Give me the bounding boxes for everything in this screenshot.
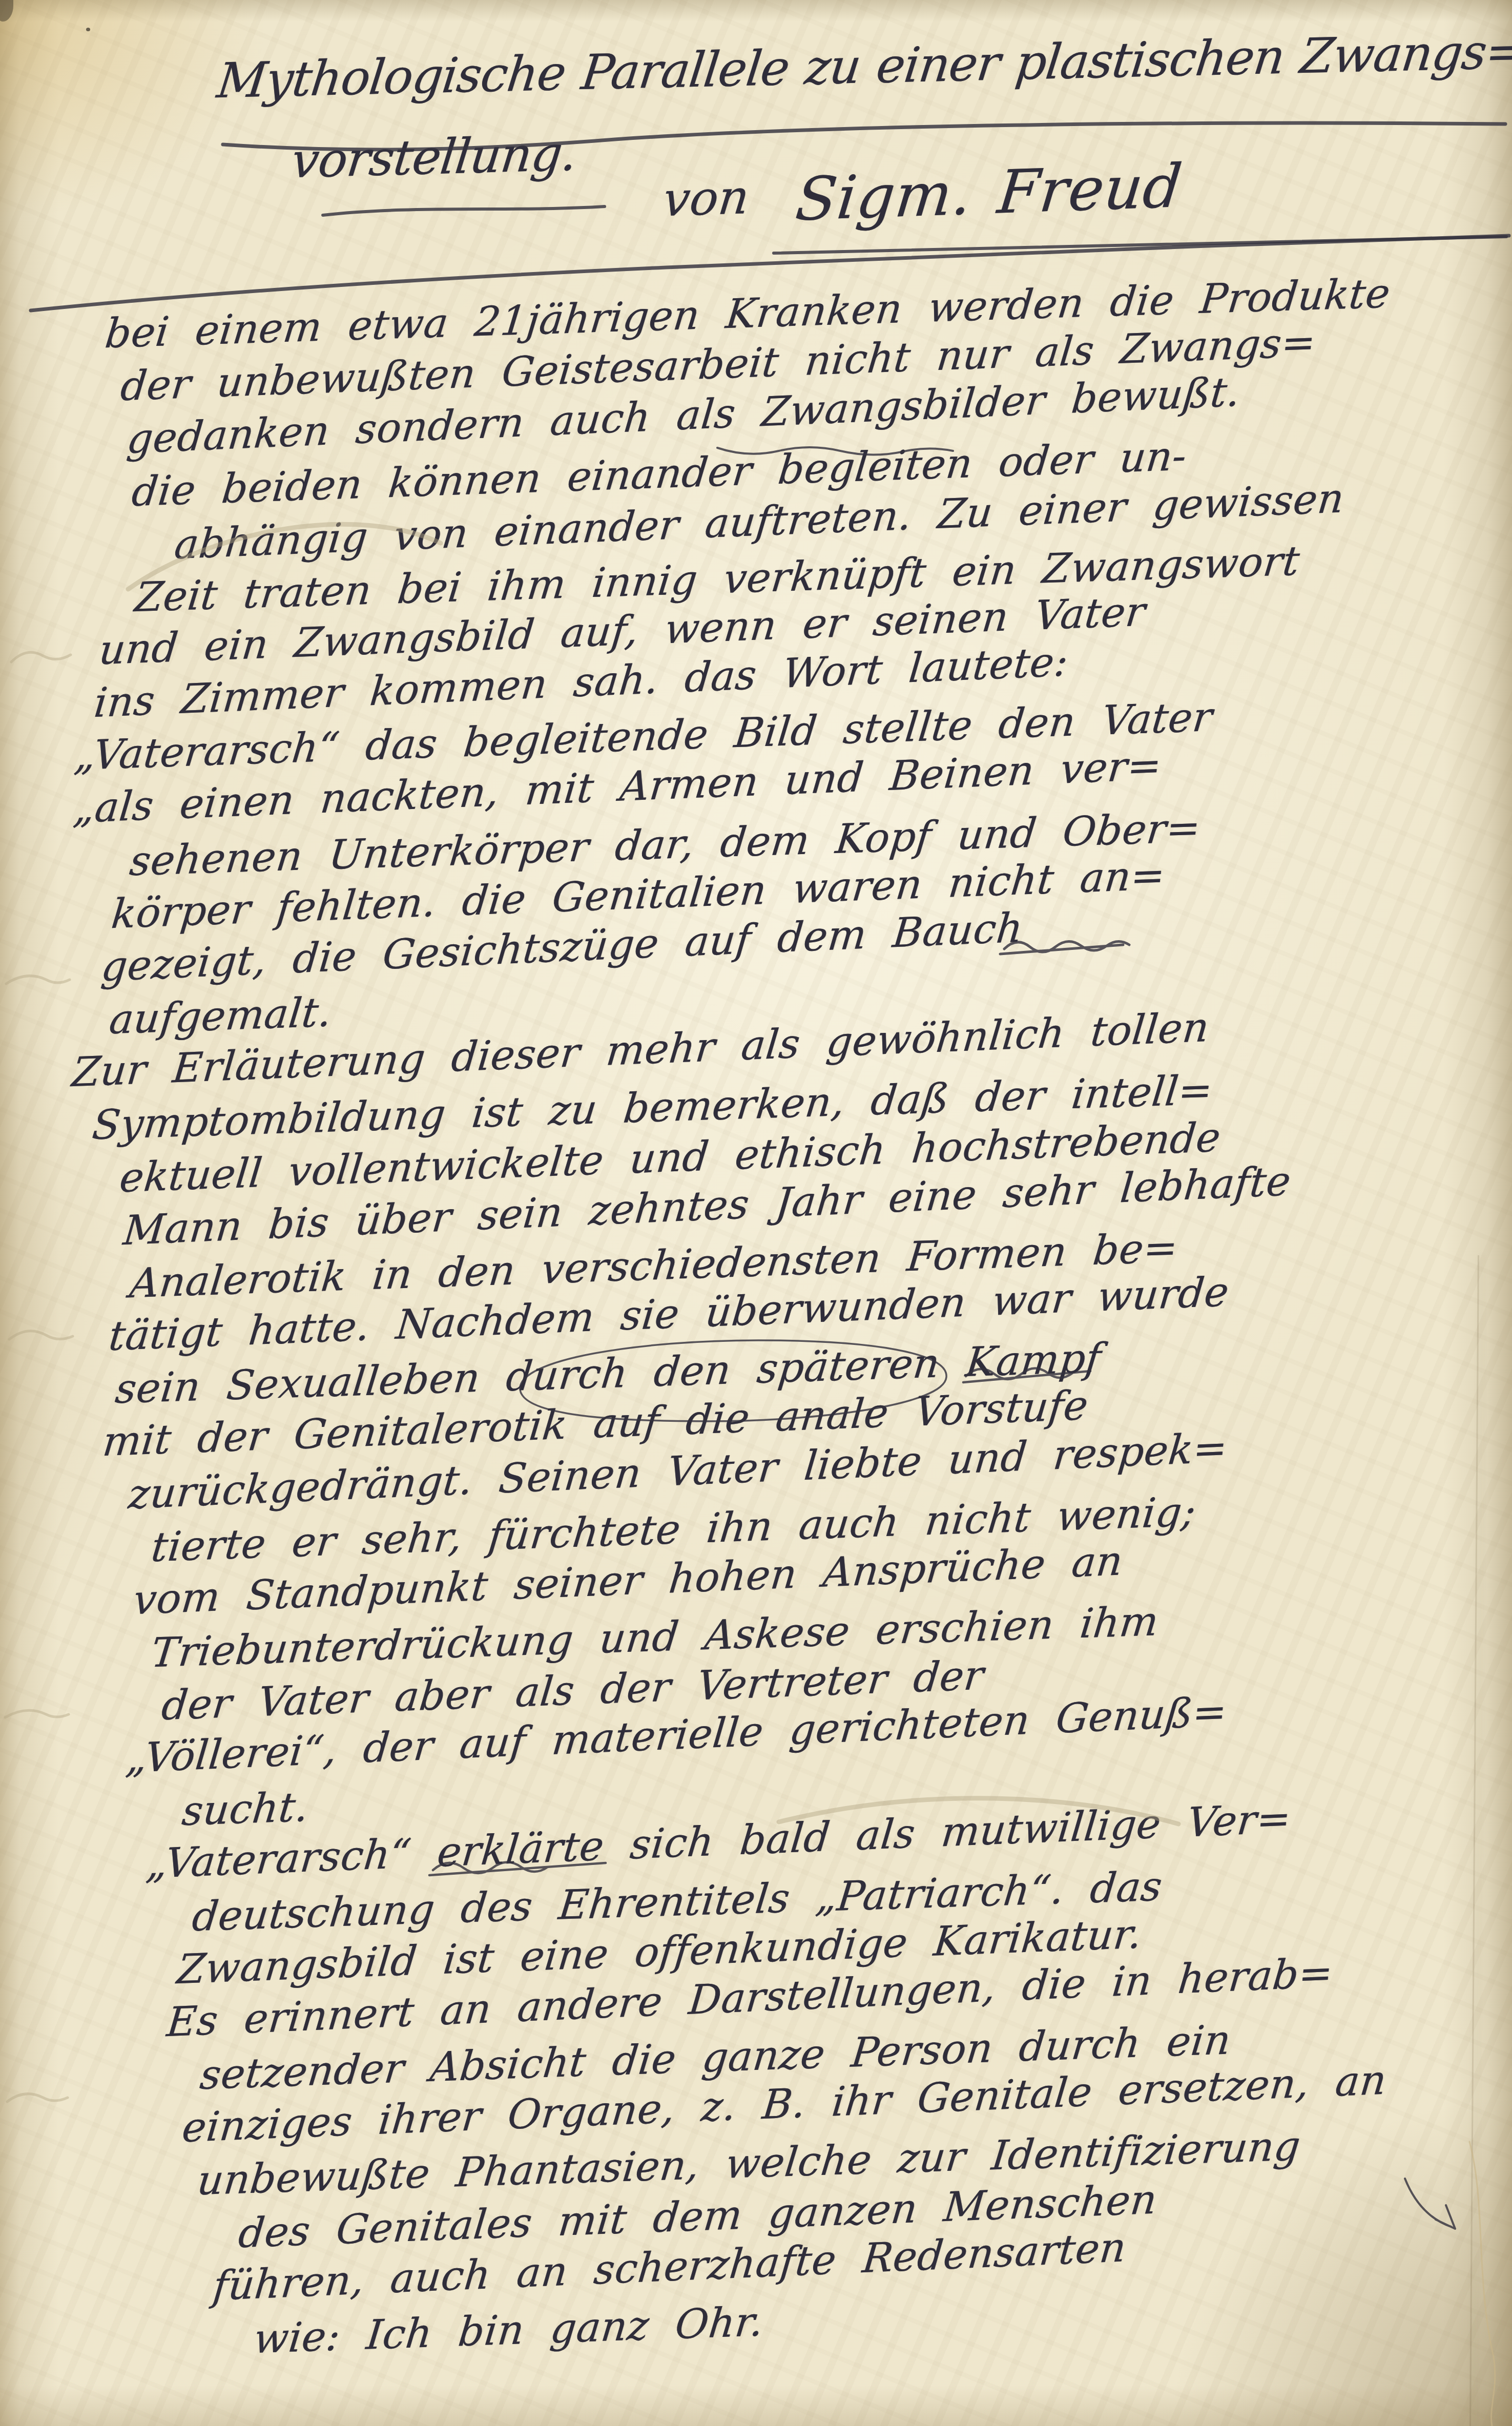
photo-corner-notch — [0, 0, 13, 22]
author-signature: Sigm. Freud — [793, 157, 1185, 230]
name-underline-stroke — [774, 237, 1506, 253]
title-line-2: vorstellung. — [289, 130, 579, 185]
flourish-hook-stroke — [1405, 2179, 1455, 2229]
manuscript-line: wie: Ich bin ganz Ohr. — [252, 2301, 766, 2359]
manuscript-line: aufgemalt. — [108, 992, 334, 1040]
title-line-1: Mythologische Parallele zu einer plastis… — [215, 28, 1512, 106]
paper-crease-line — [1469, 1255, 1479, 2426]
vorstellung-underline-stroke — [323, 206, 605, 215]
manuscript-page: Mythologische Parallele zu einer plastis… — [0, 0, 1512, 2426]
byline-von: von — [661, 174, 752, 224]
deckle-edge-line — [1469, 2142, 1495, 2426]
ink-speck — [86, 28, 90, 31]
manuscript-line: sucht. — [180, 1787, 311, 1832]
